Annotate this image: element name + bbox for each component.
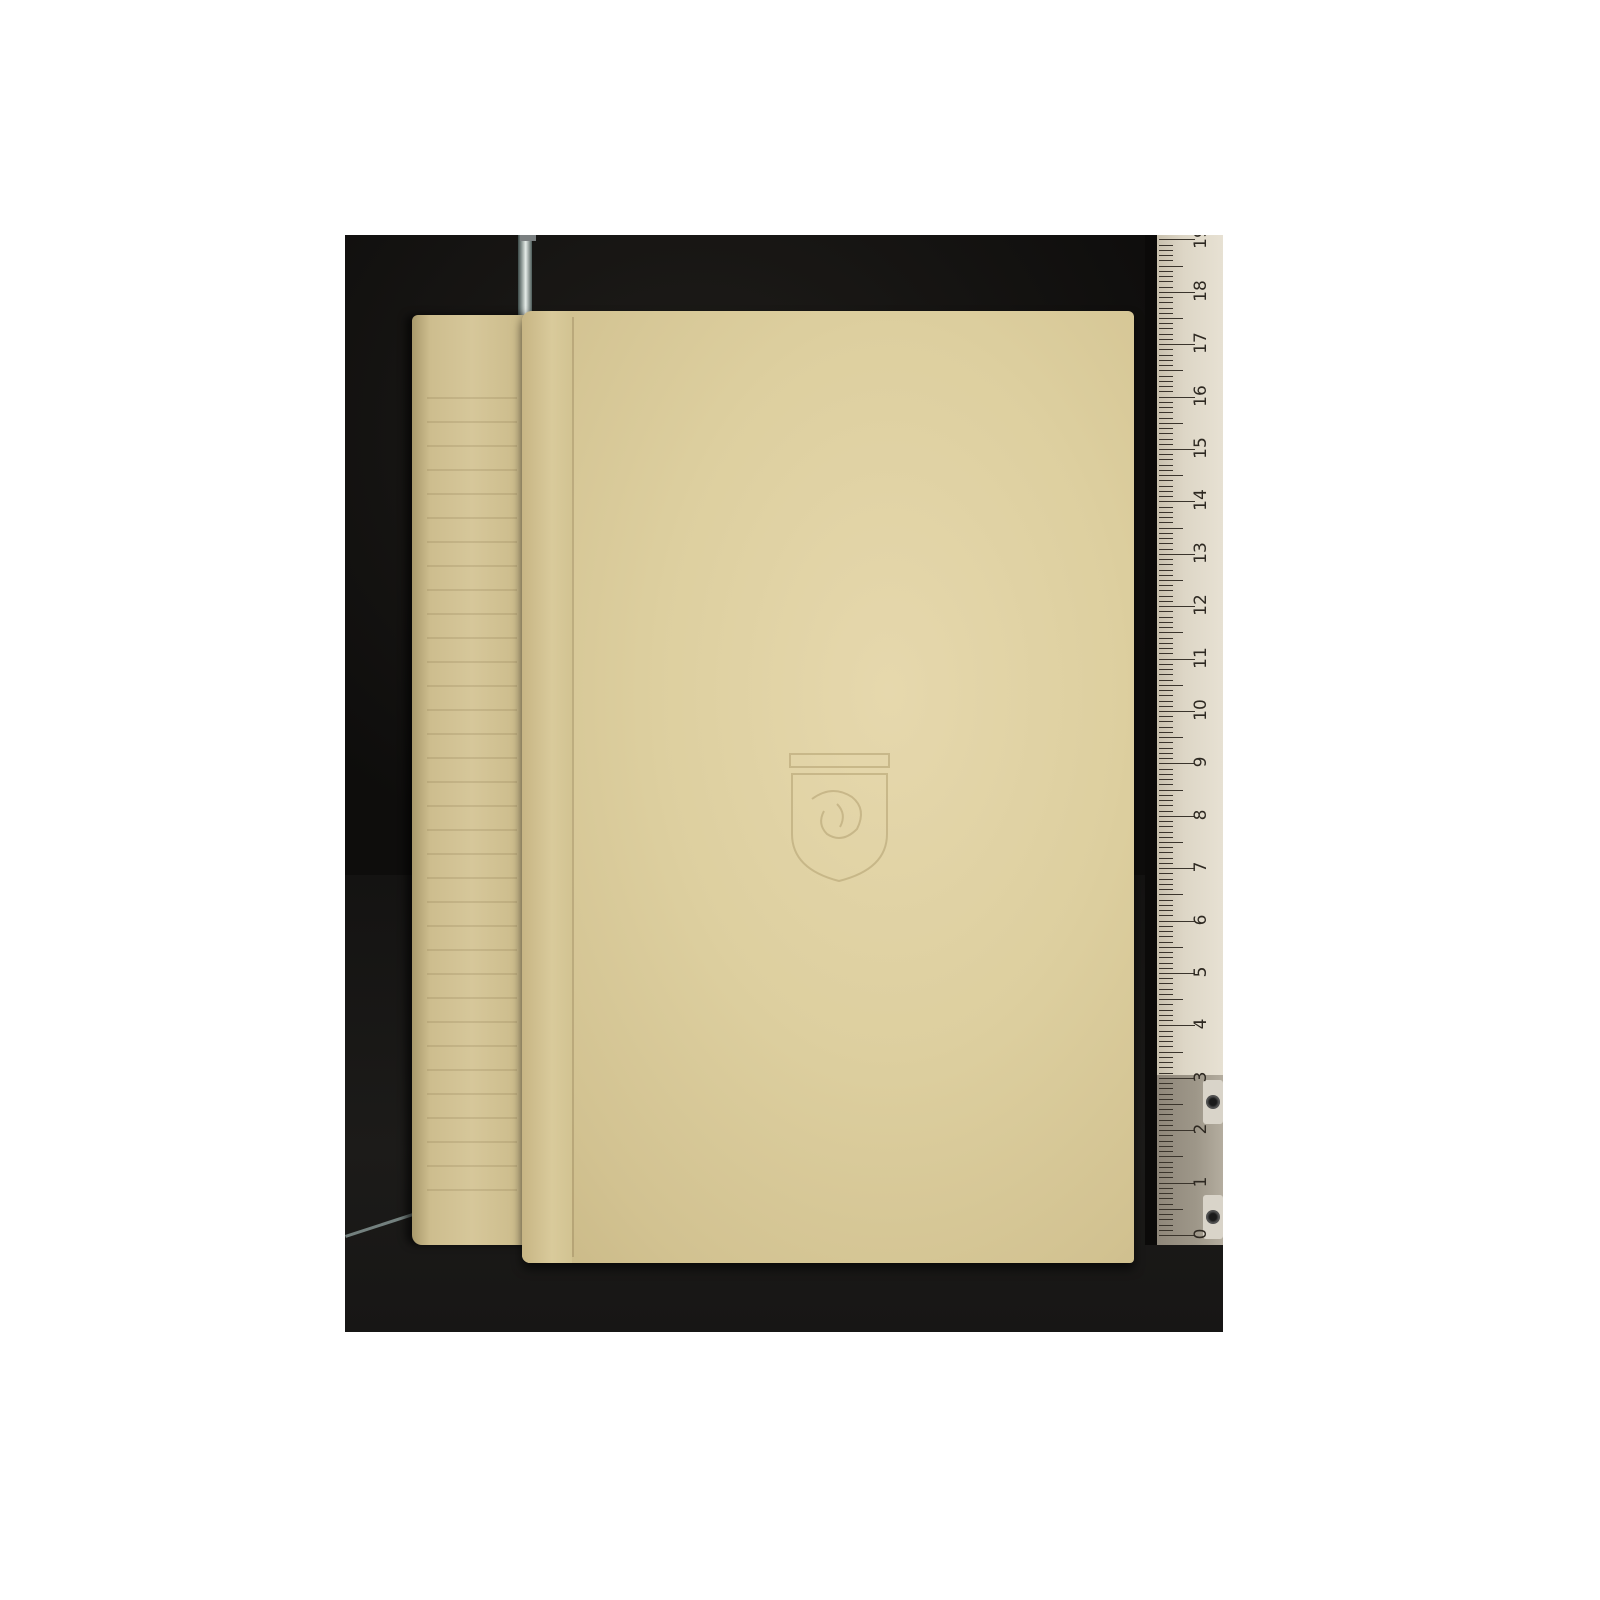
ruler-tick <box>1159 1172 1173 1173</box>
book-photo: 012345678910111213141516171819 <box>345 235 1223 1332</box>
ruler-tick <box>1159 1073 1173 1074</box>
ruler-label: 19 <box>1191 235 1211 252</box>
cover-hinge <box>572 317 574 1257</box>
ruler-tick <box>1159 690 1173 691</box>
ruler-tick <box>1159 370 1183 371</box>
ruler-tick <box>1159 779 1173 780</box>
ruler-tick <box>1159 491 1173 492</box>
ruler-label: 10 <box>1191 696 1211 724</box>
ruler-tick <box>1159 512 1173 513</box>
ruler-tick <box>1159 433 1173 434</box>
ruler-tick <box>1159 1052 1183 1053</box>
ruler-tick <box>1159 989 1173 990</box>
ruler-tick <box>1159 276 1173 277</box>
ruler-tick <box>1159 763 1195 764</box>
ruler-tick <box>1159 968 1173 969</box>
ruler-tick <box>1159 852 1173 853</box>
ruler-label: 4 <box>1191 1010 1211 1038</box>
ruler-tick <box>1159 674 1173 675</box>
ruler-tick <box>1159 1225 1173 1226</box>
ruler-tick <box>1159 800 1173 801</box>
ruler-tick <box>1159 837 1173 838</box>
ruler-tick <box>1159 832 1173 833</box>
ruler-tick <box>1159 884 1173 885</box>
ruler-tick <box>1159 570 1173 571</box>
ruler-tick <box>1159 1204 1173 1205</box>
ruler-tick <box>1159 999 1183 1000</box>
ruler-tick <box>1159 617 1173 618</box>
ruler-label: 5 <box>1191 958 1211 986</box>
ruler-tick <box>1159 1235 1195 1236</box>
ruler-tick <box>1159 1230 1173 1231</box>
ruler-tick <box>1159 942 1173 943</box>
ruler-tick <box>1159 239 1195 240</box>
ruler-tick <box>1159 858 1173 859</box>
ruler-tick <box>1159 580 1183 581</box>
ruler-tick <box>1159 439 1173 440</box>
ruler-tick <box>1159 271 1173 272</box>
ruler-tick <box>1159 847 1173 848</box>
ruler-tick <box>1159 1219 1173 1220</box>
ruler-tick <box>1159 501 1195 502</box>
ruler-tick <box>1159 664 1173 665</box>
ruler-tick <box>1159 680 1173 681</box>
ruler-tick <box>1159 863 1173 864</box>
ruler-tick <box>1159 1010 1173 1011</box>
ruler-tick <box>1159 1162 1173 1163</box>
ruler-tick <box>1159 606 1195 607</box>
ruler-tick <box>1159 585 1173 586</box>
ruler-tick <box>1159 245 1173 246</box>
ruler-tick <box>1159 894 1183 895</box>
ruler-tick <box>1159 428 1173 429</box>
ruler-tick <box>1159 1036 1173 1037</box>
ruler-label: 17 <box>1191 329 1211 357</box>
ruler-tick <box>1159 732 1173 733</box>
ruler-tick <box>1159 1146 1173 1147</box>
ruler-tick <box>1159 1114 1173 1115</box>
ruler-tick <box>1159 470 1173 471</box>
ruler-tick <box>1159 376 1173 377</box>
ruler-tick <box>1159 449 1195 450</box>
ruler-tick <box>1159 402 1173 403</box>
ruler-tick <box>1159 313 1173 314</box>
ruler-label: 13 <box>1191 539 1211 567</box>
ruler-tick <box>1159 936 1173 937</box>
ruler-tick <box>1159 821 1173 822</box>
ruler-tick <box>1159 1062 1173 1063</box>
ruler-tick <box>1159 496 1173 497</box>
ruler-tick <box>1159 1031 1173 1032</box>
ruler-tick <box>1159 805 1173 806</box>
ruler-tick <box>1159 459 1173 460</box>
ruler-tick <box>1159 816 1195 817</box>
book-volume-back-spine <box>412 315 532 1245</box>
ruler-tick <box>1159 1015 1173 1016</box>
ruler-tick <box>1159 1156 1183 1157</box>
ruler-label: 3 <box>1191 1063 1211 1091</box>
ruler-tick <box>1159 465 1173 466</box>
ruler-tick <box>1159 1209 1183 1210</box>
ruler-tick <box>1159 1020 1173 1021</box>
ruler-tick <box>1159 842 1183 843</box>
ruler-tick <box>1159 549 1173 550</box>
ruler-tick <box>1159 915 1173 916</box>
ruler-tick <box>1159 983 1173 984</box>
ruler-label: 0 <box>1191 1220 1211 1248</box>
front-volume-spine <box>522 311 572 1263</box>
ruler-tick <box>1159 795 1173 796</box>
ruler-tick <box>1159 454 1173 455</box>
ruler-tick <box>1159 826 1173 827</box>
ruler-tick <box>1159 355 1173 356</box>
ruler-tick <box>1159 737 1183 738</box>
ruler-tick <box>1159 260 1173 261</box>
ruler-tick <box>1159 564 1173 565</box>
ruler-tick <box>1159 889 1173 890</box>
ruler-tick <box>1159 947 1183 948</box>
ruler-tick <box>1159 266 1183 267</box>
ruler-tick <box>1159 685 1183 686</box>
ruler-tick <box>1159 281 1173 282</box>
ruler-label: 14 <box>1191 486 1211 514</box>
ruler-tick <box>1159 1004 1173 1005</box>
ruler-tick <box>1159 444 1173 445</box>
ruler-tick <box>1159 522 1173 523</box>
ruler-tick <box>1159 1167 1173 1168</box>
ruler-tick <box>1159 480 1173 481</box>
ruler-tick <box>1159 1198 1173 1199</box>
ruler-tick <box>1159 1177 1173 1178</box>
book-volume-front-cover <box>522 311 1134 1263</box>
ruler-tick <box>1159 727 1173 728</box>
ruler-tick <box>1159 250 1173 251</box>
ruler-tick <box>1159 538 1173 539</box>
ruler-label: 2 <box>1191 1115 1211 1143</box>
ruler-tick <box>1159 486 1173 487</box>
ruler-tick <box>1159 559 1173 560</box>
ruler-tick <box>1159 957 1173 958</box>
ruler-label: 6 <box>1191 906 1211 934</box>
ruler-tick <box>1159 868 1195 869</box>
ruler-label: 11 <box>1191 644 1211 672</box>
ruler-tick <box>1159 517 1173 518</box>
ruler-label: 8 <box>1191 801 1211 829</box>
glass-stand-cap <box>520 235 536 241</box>
ruler-label: 12 <box>1191 591 1211 619</box>
ruler-tick <box>1159 784 1173 785</box>
ruler-tick <box>1159 1109 1173 1110</box>
ruler-tick <box>1159 365 1173 366</box>
ruler-tick <box>1159 292 1195 293</box>
ruler-tick <box>1159 507 1173 508</box>
ruler-tick <box>1159 701 1173 702</box>
screw-icon <box>1206 1095 1220 1109</box>
ruler-tick <box>1159 1130 1195 1131</box>
ruler-tick <box>1159 879 1173 880</box>
ruler-tick <box>1159 1193 1173 1194</box>
ruler-tick <box>1159 931 1173 932</box>
ruler-tick <box>1159 381 1173 382</box>
ruler-tick <box>1159 716 1173 717</box>
ruler-tick <box>1159 1083 1173 1084</box>
ruler-label: 18 <box>1191 277 1211 305</box>
ruler-tick <box>1159 339 1173 340</box>
ruler-tick <box>1159 648 1173 649</box>
ruler-tick <box>1159 1078 1195 1079</box>
ruler-tick <box>1159 1214 1173 1215</box>
ruler-tick <box>1159 1099 1173 1100</box>
ruler-tick <box>1159 596 1173 597</box>
ruler-tick <box>1159 1151 1173 1152</box>
ruler-tick <box>1159 344 1195 345</box>
ruler-tick <box>1159 334 1173 335</box>
ruler-tick <box>1159 1135 1173 1136</box>
ruler-label: 7 <box>1191 853 1211 881</box>
ruler-tick <box>1159 1188 1173 1189</box>
ruler-tick <box>1159 302 1173 303</box>
ruler-tick <box>1159 1094 1173 1095</box>
ruler-tick <box>1159 360 1173 361</box>
ruler-tick <box>1159 994 1173 995</box>
ruler-tick <box>1159 742 1173 743</box>
ruler-tick <box>1159 622 1173 623</box>
ruler-tick <box>1159 601 1173 602</box>
ruler-tick <box>1159 627 1173 628</box>
ruler-tick <box>1159 774 1173 775</box>
ruler-tick <box>1159 1025 1195 1026</box>
ruler-tick <box>1159 973 1195 974</box>
ruler-tick <box>1159 632 1183 633</box>
ruler-tick <box>1159 1088 1173 1089</box>
ruler-tick <box>1159 1125 1173 1126</box>
ruler-tick <box>1159 328 1173 329</box>
ruler-tick <box>1159 1104 1183 1105</box>
ruler-tick <box>1159 769 1173 770</box>
ruler-tick <box>1159 659 1195 660</box>
ruler-tick <box>1159 318 1183 319</box>
ruler-tick <box>1159 423 1183 424</box>
ruler-tick <box>1159 575 1173 576</box>
ruler-tick <box>1159 978 1173 979</box>
ruler-tick <box>1159 753 1173 754</box>
ruler-tick <box>1159 790 1183 791</box>
ruler-tick <box>1159 900 1173 901</box>
ruler-tick <box>1159 758 1173 759</box>
ruler-tick <box>1159 1067 1173 1068</box>
ruler-tick <box>1159 554 1195 555</box>
ruler-tick <box>1159 643 1173 644</box>
ruler-tick <box>1159 1120 1173 1121</box>
spine-blind-stamping <box>427 375 517 1195</box>
ruler-tick <box>1159 418 1173 419</box>
ruler-tick <box>1159 669 1173 670</box>
ruler-tick <box>1159 349 1173 350</box>
ruler-tick <box>1159 407 1173 408</box>
ruler-tick <box>1159 255 1173 256</box>
ruler-tick <box>1159 695 1173 696</box>
ruler-tick <box>1159 323 1173 324</box>
ruler-label: 9 <box>1191 748 1211 776</box>
ruler-tick <box>1159 386 1173 387</box>
ruler-tick <box>1159 1183 1195 1184</box>
ruler-tick <box>1159 811 1173 812</box>
ruler-tick <box>1159 653 1173 654</box>
ruler-tick <box>1159 873 1173 874</box>
ruler-tick <box>1159 1141 1173 1142</box>
ruler-label: 1 <box>1191 1168 1211 1196</box>
ruler-tick <box>1159 297 1173 298</box>
ruler-tick <box>1159 1046 1173 1047</box>
ruler-label: 16 <box>1191 382 1211 410</box>
ruler-tick <box>1159 748 1173 749</box>
ruler-tick <box>1159 963 1173 964</box>
ruler-tick <box>1159 611 1173 612</box>
ruler-tick <box>1159 308 1173 309</box>
ruler-tick <box>1159 926 1173 927</box>
ruler-tick <box>1159 397 1195 398</box>
ruler-tick <box>1159 1041 1173 1042</box>
publisher-shield-emblem-icon <box>782 739 897 884</box>
ruler-tick <box>1159 721 1173 722</box>
ruler-tick <box>1159 391 1173 392</box>
ruler-tick <box>1159 921 1195 922</box>
ruler-tick <box>1159 638 1173 639</box>
ruler-label: 15 <box>1191 434 1211 462</box>
ruler-tick <box>1159 952 1173 953</box>
ruler-tick <box>1159 706 1173 707</box>
ruler-tick <box>1159 412 1173 413</box>
ruler-tick <box>1159 287 1173 288</box>
ruler-tick <box>1159 910 1173 911</box>
ruler-tick <box>1159 475 1183 476</box>
ruler-tick <box>1159 1057 1173 1058</box>
ruler-tick <box>1159 528 1183 529</box>
ruler-tick <box>1159 905 1173 906</box>
ruler-tick <box>1159 711 1195 712</box>
ruler-tick <box>1159 590 1173 591</box>
ruler-tick <box>1159 543 1173 544</box>
ruler-tick <box>1159 533 1173 534</box>
